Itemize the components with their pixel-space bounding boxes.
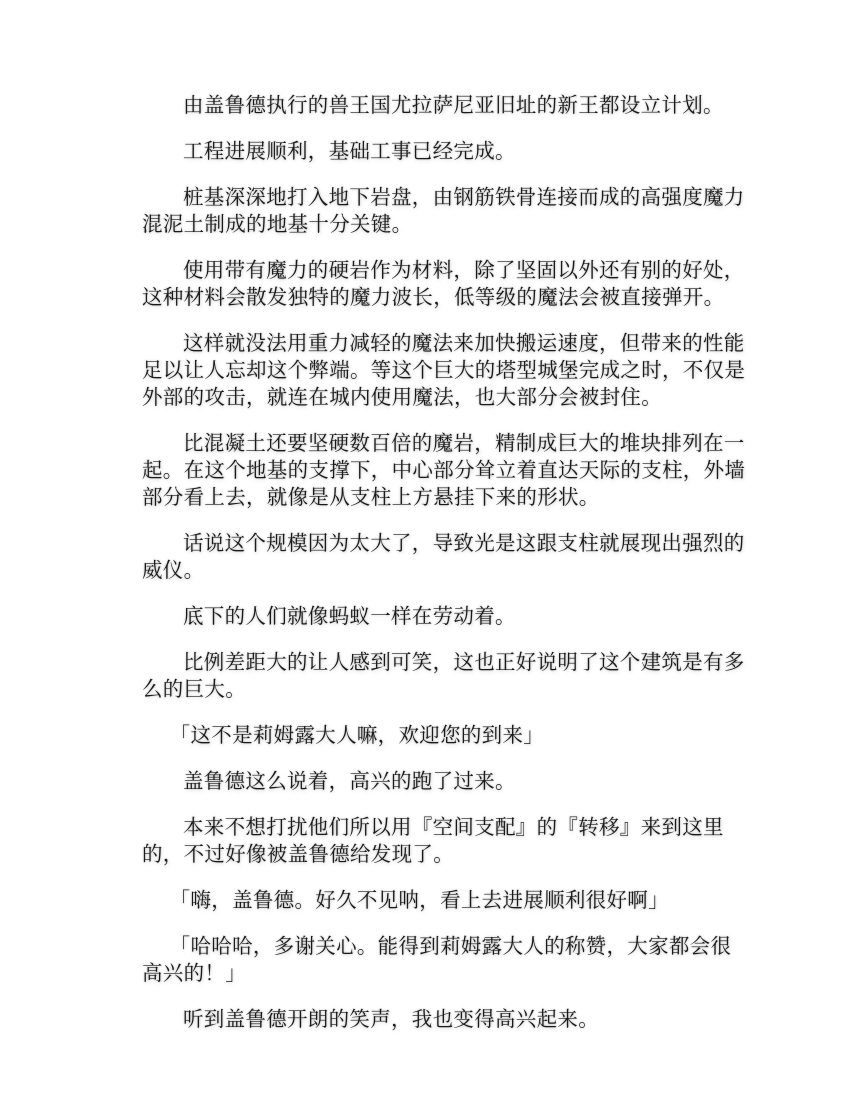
paragraph: 话说这个规模因为太大了，导致光是这跟支柱就展现出强烈的威仪。 — [142, 530, 746, 584]
paragraph: 底下的人们就像蚂蚁一样在劳动着。 — [142, 603, 746, 630]
dialogue-line: 「哈哈哈，多谢关心。能得到莉姆露大人的称赞，大家都会很高兴的！」 — [142, 933, 746, 987]
dialogue-line: 「这不是莉姆露大人嘛，欢迎您的到来」 — [142, 722, 746, 749]
paragraph: 比混凝土还要坚硬数百倍的魔岩，精制成巨大的堆块排列在一起。在这个地基的支撑下，中… — [142, 430, 746, 511]
paragraph: 工程进展顺利，基础工事已经完成。 — [142, 138, 746, 165]
dialogue-line: 「嗨，盖鲁德。好久不见呐，看上去进展顺利很好啊」 — [142, 887, 746, 914]
paragraph: 比例差距大的让人感到可笑，这也正好说明了这个建筑是有多么的巨大。 — [142, 649, 746, 703]
paragraph: 这样就没法用重力减轻的魔法来加快搬运速度，但带来的性能足以让人忘却这个弊端。等这… — [142, 330, 746, 411]
paragraph: 由盖鲁德执行的兽王国尤拉萨尼亚旧址的新王都设立计划。 — [142, 92, 746, 119]
paragraph: 使用带有魔力的硬岩作为材料，除了坚固以外还有别的好处，这种材料会散发独特的魔力波… — [142, 257, 746, 311]
document-page: 由盖鲁德执行的兽王国尤拉萨尼亚旧址的新王都设立计划。 工程进展顺利，基础工事已经… — [142, 92, 746, 1052]
paragraph: 桩基深深地打入地下岩盘，由钢筋铁骨连接而成的高强度魔力混泥土制成的地基十分关键。 — [142, 184, 746, 238]
paragraph: 本来不想打扰他们所以用『空间支配』的『转移』来到这里的，不过好像被盖鲁德给发现了… — [142, 814, 746, 868]
paragraph: 听到盖鲁德开朗的笑声，我也变得高兴起来。 — [142, 1006, 746, 1033]
paragraph: 盖鲁德这么说着，高兴的跑了过来。 — [142, 768, 746, 795]
